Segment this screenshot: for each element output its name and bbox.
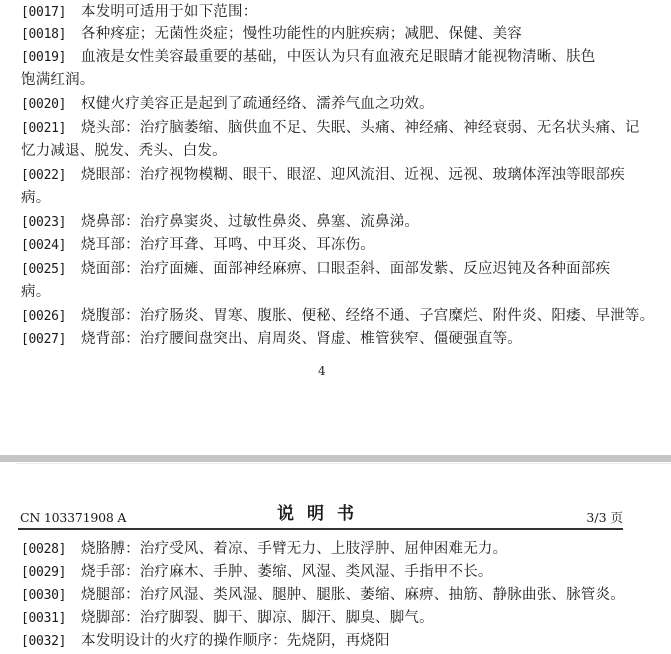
paragraph-number: [0021] <box>21 117 66 140</box>
paragraph-number: [0020] <box>21 93 66 116</box>
paragraph-0018: [0018] 各种疼症；无菌性炎症；慢性功能性的内脏疾病；减肥、保健、美容 <box>0 23 671 46</box>
paragraph-0028: [0028] 烧胳膊：治疗受风、着凉、手臂无力、上肢浮肿、屈伸困难无力。 <box>0 538 671 561</box>
paragraph-text: 烧眼部：治疗视物模糊、眼干、眼涩、迎风流泪、近视、远视、玻璃体浑浊等眼部疾 <box>81 164 625 187</box>
paragraph-number: [0023] <box>21 211 66 234</box>
paragraph-text: 本发明可适用于如下范围： <box>81 1 257 24</box>
paragraph-0025: [0025] 烧面部：治疗面瘫、面部神经麻痹、口眼歪斜、面部发紫、反应迟钝及各种… <box>0 258 671 281</box>
paragraph-number: [0022] <box>21 164 66 187</box>
paragraph-number: [0019] <box>21 46 66 69</box>
paragraph-text: 各种疼症；无菌性炎症；慢性功能性的内脏疾病；减肥、保健、美容 <box>81 23 522 46</box>
paragraph-number: [0017] <box>21 1 66 24</box>
paragraph-number: [0031] <box>21 607 66 630</box>
page-count: 3/3 页 <box>586 510 623 526</box>
paragraph-text: 烧鼻部：治疗鼻窦炎、过敏性鼻炎、鼻塞、流鼻涕。 <box>81 211 419 234</box>
paragraph-0032: [0032] 本发明设计的火疗的操作顺序：先烧阴，再烧阳 <box>0 630 671 653</box>
paragraph-number: [0028] <box>21 538 66 561</box>
paragraph-number: [0029] <box>21 561 66 584</box>
paragraph-0025-continuation: 病。 <box>0 281 671 304</box>
paragraph-number: [0032] <box>21 630 66 653</box>
paragraph-0031: [0031] 烧脚部：治疗脚裂、脚干、脚凉、脚汗、脚臭、脚气。 <box>0 607 671 630</box>
paragraph-text-continuation: 病。 <box>21 187 50 210</box>
paragraph-text-continuation: 病。 <box>21 281 50 304</box>
paragraph-0021: [0021] 烧头部：治疗脑萎缩、脑供血不足、失眠、头痛、神经痛、神经衰弱、无名… <box>0 117 671 140</box>
paragraph-0022: [0022] 烧眼部：治疗视物模糊、眼干、眼涩、迎风流泪、近视、远视、玻璃体浑浊… <box>0 164 671 187</box>
page-break-separator <box>0 452 671 469</box>
patent-number: CN 103371908 A <box>20 510 126 526</box>
paragraph-0023: [0023] 烧鼻部：治疗鼻窦炎、过敏性鼻炎、鼻塞、流鼻涕。 <box>0 211 671 234</box>
paragraph-0027: [0027] 烧背部：治疗腰间盘突出、肩周炎、肾虚、椎管狭窄、僵硬强直等。 <box>0 328 671 351</box>
document-page-4: [0017] 本发明可适用于如下范围： [0018] 各种疼症；无菌性炎症；慢性… <box>0 0 671 452</box>
paragraph-number: [0024] <box>21 234 66 257</box>
page-break-band <box>0 455 671 462</box>
paragraph-text-continuation: 忆力减退、脱发、秃头、白发。 <box>21 140 227 163</box>
page-edge-line <box>16 463 671 464</box>
paragraph-0021-continuation: 忆力减退、脱发、秃头、白发。 <box>0 140 671 163</box>
paragraph-text: 血液是女性美容最重要的基础，中医认为只有血液充足眼睛才能视物清晰、肤色 <box>81 46 596 69</box>
paragraph-text: 本发明设计的火疗的操作顺序：先烧阴，再烧阳 <box>81 630 390 653</box>
paragraph-0029: [0029] 烧手部：治疗麻木、手肿、萎缩、风湿、类风湿、手指甲不长。 <box>0 561 671 584</box>
paragraph-number: [0026] <box>21 305 66 328</box>
page-number: 4 <box>318 362 326 380</box>
paragraph-text-continuation: 饱满红润。 <box>21 69 95 92</box>
paragraph-text: 烧腹部：治疗肠炎、胃寒、腹胀、便秘、经络不通、子宫糜烂、附件炎、阳痿、早泄等。 <box>81 305 654 328</box>
paragraph-text: 烧手部：治疗麻木、手肿、萎缩、风湿、类风湿、手指甲不长。 <box>81 561 493 584</box>
paragraph-number: [0025] <box>21 258 66 281</box>
header-rule <box>18 528 623 530</box>
paragraph-0022-continuation: 病。 <box>0 187 671 210</box>
paragraph-text: 烧腿部：治疗风湿、类风湿、腿肿、腿胀、萎缩、麻痹、抽筋、静脉曲张、脉管炎。 <box>81 584 625 607</box>
paragraph-text: 权健火疗美容正是起到了疏通经络、濡养气血之功效。 <box>81 93 434 116</box>
paragraph-0026: [0026] 烧腹部：治疗肠炎、胃寒、腹胀、便秘、经络不通、子宫糜烂、附件炎、阳… <box>0 305 671 328</box>
paragraph-0019: [0019] 血液是女性美容最重要的基础，中医认为只有血液充足眼睛才能视物清晰、… <box>0 46 671 69</box>
paragraph-text: 烧面部：治疗面瘫、面部神经麻痹、口眼歪斜、面部发紫、反应迟钝及各种面部疾 <box>81 258 610 281</box>
paragraph-text: 烧脚部：治疗脚裂、脚干、脚凉、脚汗、脚臭、脚气。 <box>81 607 434 630</box>
document-header: CN 103371908 A 说明书 3/3 页 <box>18 500 623 530</box>
paragraph-number: [0018] <box>21 23 66 46</box>
paragraph-0020: [0020] 权健火疗美容正是起到了疏通经络、濡养气血之功效。 <box>0 93 671 116</box>
paragraph-text: 烧耳部：治疗耳聋、耳鸣、中耳炎、耳冻伤。 <box>81 234 375 257</box>
document-title: 说明书 <box>277 503 367 525</box>
paragraph-text: 烧背部：治疗腰间盘突出、肩周炎、肾虚、椎管狭窄、僵硬强直等。 <box>81 328 522 351</box>
paragraph-number: [0027] <box>21 328 66 351</box>
paragraph-0019-continuation: 饱满红润。 <box>0 69 671 92</box>
paragraph-text: 烧头部：治疗脑萎缩、脑供血不足、失眠、头痛、神经痛、神经衰弱、无名状头痛、记 <box>81 117 640 140</box>
paragraph-0030: [0030] 烧腿部：治疗风湿、类风湿、腿肿、腿胀、萎缩、麻痹、抽筋、静脉曲张、… <box>0 584 671 607</box>
paragraph-0024: [0024] 烧耳部：治疗耳聋、耳鸣、中耳炎、耳冻伤。 <box>0 234 671 257</box>
paragraph-text: 烧胳膊：治疗受风、着凉、手臂无力、上肢浮肿、屈伸困难无力。 <box>81 538 507 561</box>
paragraph-0017: [0017] 本发明可适用于如下范围： <box>0 1 671 24</box>
paragraph-number: [0030] <box>21 584 66 607</box>
